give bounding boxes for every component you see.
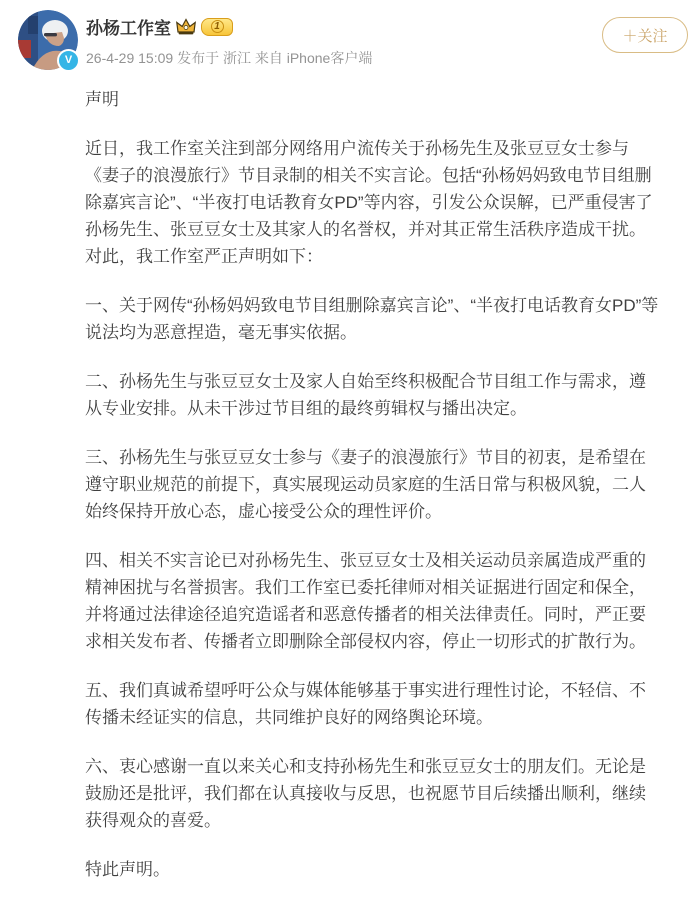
verified-icon: V (57, 49, 80, 72)
author-block: 孙杨工作室 1 26-4-29 15:09 发布于 浙江 来自 iPhone客户… (86, 10, 372, 70)
statement-paragraph: 二、孙杨先生与张豆豆女士及家人自始至终积极配合节目组工作与需求，遵从专业安排。从… (85, 368, 662, 422)
statement-paragraph: 六、衷心感谢一直以来关心和支持孙杨先生和张豆豆女士的朋友们。无论是鼓励还是批评，… (85, 753, 662, 834)
post-header: V 孙杨工作室 1 26-4-29 15:09 发布于 浙江 来自 iPhone… (0, 0, 700, 70)
statement-paragraph: 特此声明。 (85, 856, 662, 883)
author-name[interactable]: 孙杨工作室 (86, 14, 171, 39)
statement-paragraph: 一、关于网传“孙杨妈妈致电节目组删除嘉宾言论”、“半夜打电话教育女PD”等说法均… (85, 292, 662, 346)
publish-info: 26-4-29 15:09 发布于 浙江 来自 iPhone客户端 (86, 48, 372, 68)
statement-content: 声明 近日，我工作室关注到部分网络用户流传关于孙杨先生及张豆豆女士参与《妻子的浪… (0, 70, 700, 883)
statement-title: 声明 (85, 86, 662, 113)
statement-paragraph: 三、孙杨先生与张豆豆女士参与《妻子的浪漫旅行》节目的初衷，是希望在遵守职业规范的… (85, 444, 662, 525)
follow-button[interactable]: ＋关注 (602, 17, 688, 53)
statement-paragraph: 四、相关不实言论已对孙杨先生、张豆豆女士及相关运动员亲属造成严重的精神困扰与名誉… (85, 547, 662, 655)
statement-paragraph: 五、我们真诚希望呼吁公众与媒体能够基于事实进行理性讨论，不轻信、不传播未经证实的… (85, 677, 662, 731)
avatar[interactable]: V (18, 10, 78, 70)
weibo-post: V 孙杨工作室 1 26-4-29 15:09 发布于 浙江 来自 iPhone… (0, 0, 700, 905)
vip-level-badge: 1 (201, 18, 233, 36)
statement-body: 近日，我工作室关注到部分网络用户流传关于孙杨先生及张豆豆女士参与《妻子的浪漫旅行… (85, 135, 662, 883)
crown-icon (176, 18, 196, 35)
statement-paragraph: 近日，我工作室关注到部分网络用户流传关于孙杨先生及张豆豆女士参与《妻子的浪漫旅行… (85, 135, 662, 270)
